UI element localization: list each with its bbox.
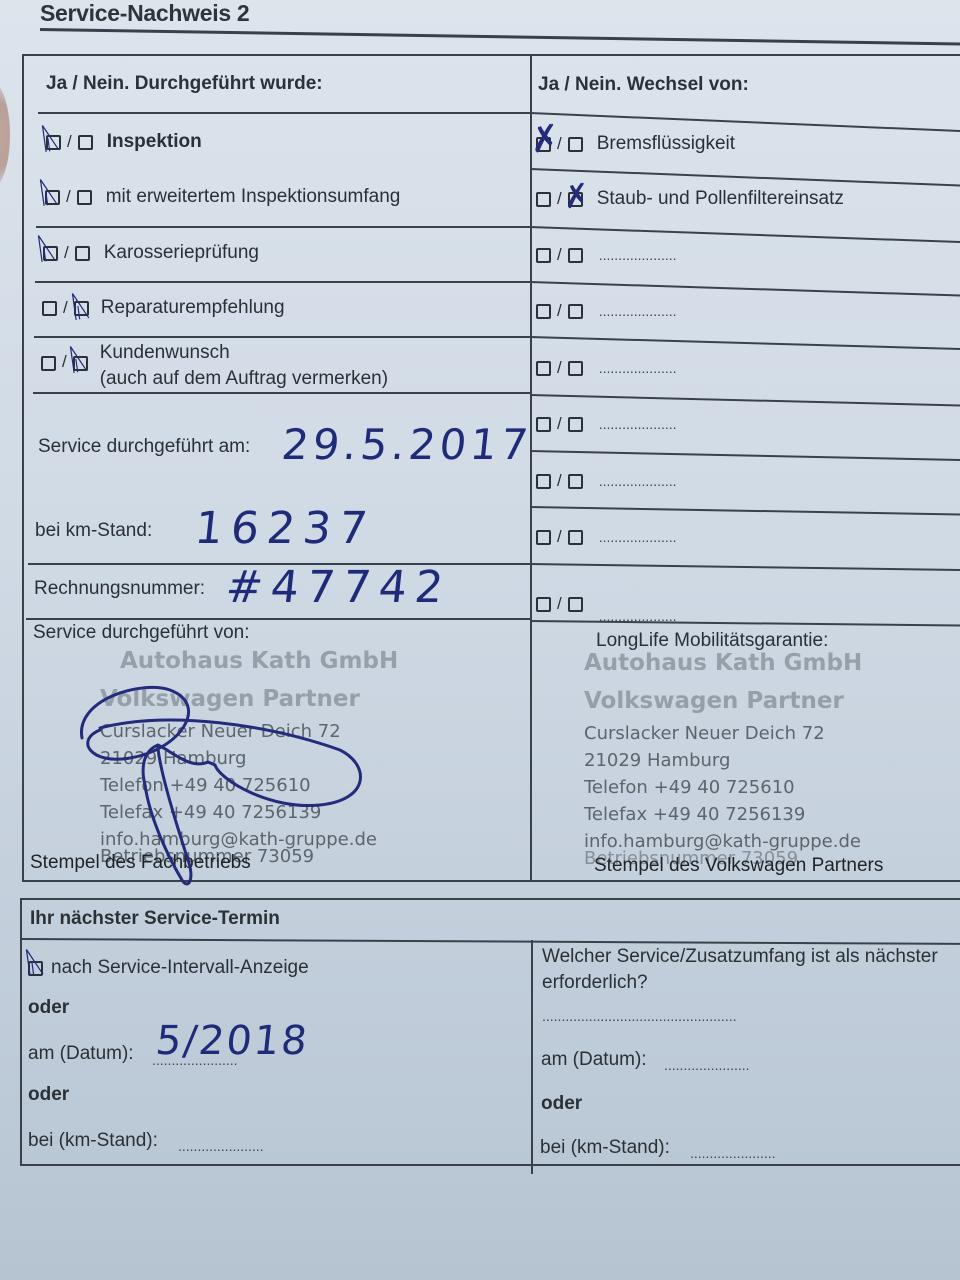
replaced-header: Ja / Nein. Wechsel von:: [538, 74, 749, 96]
item-label: Inspektion: [107, 131, 202, 153]
nein-checkbox[interactable]: [75, 246, 90, 261]
next-km-label: bei (km-Stand):: [28, 1130, 158, 1152]
performed-header: Ja / Nein. Durchgeführt wurde:: [46, 73, 323, 95]
title-rule: [40, 28, 960, 46]
stamp-fax: Telefax +49 40 7256139: [584, 801, 862, 828]
row-rule: [34, 336, 532, 338]
replaced-item-bremsfluessigkeit: / Bremsflüssigkeit: [536, 133, 735, 155]
item-label: Bremsflüssigkeit: [597, 133, 735, 155]
replaced-item-blank: / ....................: [536, 301, 677, 321]
stamp-company: Autohaus Kath GmbH: [584, 644, 862, 682]
item-label: Staub- und Pollenfiltereinsatz: [597, 188, 844, 210]
row-rule: [36, 226, 532, 228]
replaced-item-blank: / ....................: [536, 358, 677, 378]
km-value[interactable]: 16237: [192, 503, 377, 554]
ja-checkbox[interactable]: [536, 530, 551, 545]
nein-checkbox[interactable]: [77, 190, 92, 205]
nein-checkbox[interactable]: [568, 248, 583, 263]
nein-checkbox[interactable]: [568, 530, 583, 545]
or-label: oder: [28, 997, 69, 1019]
blank-line[interactable]: ....................: [599, 416, 677, 432]
ja-checkbox[interactable]: [536, 304, 551, 319]
right-date-line[interactable]: ......................: [664, 1057, 750, 1073]
replaced-item-blank: / ....................: [536, 245, 677, 265]
row-rule: [35, 281, 532, 283]
ja-checkbox[interactable]: [536, 597, 551, 612]
right-km-label: bei (km-Stand):: [540, 1137, 670, 1159]
stamp-footer-right: Stempel des Volkswagen Partners: [594, 855, 883, 877]
nein-checkbox[interactable]: [568, 417, 583, 432]
dealer-stamp-right: Autohaus Kath GmbH Volkswagen Partner Cu…: [584, 644, 862, 872]
performed-item-kundenwunsch: / Kundenwunsch (auch auf dem Auftrag ver…: [41, 352, 388, 392]
blank-line[interactable]: ....................: [599, 529, 677, 545]
interval-label: nach Service-Intervall-Anzeige: [51, 957, 309, 979]
performed-item-inspektion: / Inspektion: [46, 131, 202, 153]
interval-option: nach Service-Intervall-Anzeige: [28, 957, 309, 979]
blank-line[interactable]: ....................: [599, 473, 677, 489]
nein-checkbox[interactable]: [568, 474, 583, 489]
column-divider: [530, 56, 532, 882]
or-label: oder: [541, 1093, 582, 1115]
replaced-item-blank: / ....................: [536, 584, 677, 624]
next-date-label: am (Datum):: [28, 1043, 134, 1065]
item-label: Kundenwunsch: [100, 340, 388, 366]
right-km-line[interactable]: ......................: [690, 1145, 776, 1161]
right-date-label: am (Datum):: [541, 1049, 647, 1071]
ja-checkbox[interactable]: [41, 356, 56, 371]
performed-by-label: Service durchgeführt von:: [33, 622, 250, 644]
column-divider: [531, 940, 533, 1174]
ja-checkbox[interactable]: [536, 417, 551, 432]
performed-item-karosserie: / Karosserieprüfung: [43, 242, 259, 264]
replaced-item-blank: / ....................: [536, 414, 677, 434]
or-label: oder: [28, 1084, 69, 1106]
invoice-label: Rechnungsnummer:: [34, 578, 205, 600]
ja-checkbox[interactable]: [42, 301, 57, 316]
ja-checkbox[interactable]: [536, 474, 551, 489]
page-title: Service-Nachweis 2: [40, 0, 249, 27]
ja-checkbox[interactable]: [536, 192, 551, 207]
stamp-partner: Volkswagen Partner: [584, 682, 862, 720]
blank-line[interactable]: ....................: [599, 247, 677, 263]
item-label: Reparaturempfehlung: [101, 297, 285, 319]
blank-line[interactable]: ....................: [599, 303, 677, 319]
item-sublabel: (auch auf dem Auftrag vermerken): [100, 366, 388, 392]
row-rule: [38, 112, 532, 114]
nein-checkbox[interactable]: [568, 597, 583, 612]
service-date-value[interactable]: 29.5.2017: [279, 420, 534, 469]
stamp-phone: Telefon +49 40 725610: [584, 774, 862, 801]
blank-line[interactable]: ....................: [599, 360, 677, 376]
ja-checkbox[interactable]: [536, 248, 551, 263]
service-date-label: Service durchgeführt am:: [38, 436, 250, 458]
nein-checkbox[interactable]: [568, 137, 583, 152]
invoice-value[interactable]: #47742: [223, 562, 453, 613]
next-service-question: Welcher Service/Zusatzumfang ist als näc…: [542, 944, 952, 996]
performed-item-erweitert: / mit erweitertem Inspektionsumfang: [45, 186, 400, 208]
stamp-street: Curslacker Neuer Deich 72: [584, 720, 862, 747]
item-label: Karosserieprüfung: [104, 242, 259, 264]
nein-checkbox[interactable]: [78, 135, 93, 150]
signature-icon: [70, 670, 380, 890]
next-km-line[interactable]: ......................: [178, 1138, 264, 1154]
replaced-item-blank: / ....................: [536, 471, 677, 491]
stamp-city: 21029 Hamburg: [584, 747, 862, 774]
item-label: mit erweitertem Inspektionsumfang: [106, 186, 401, 208]
ja-checkbox[interactable]: [536, 361, 551, 376]
finger-shadow: [0, 80, 10, 190]
cross-mark-icon: ✗: [561, 178, 592, 213]
next-service-header: Ihr nächster Service-Termin: [30, 908, 280, 930]
cross-mark-icon: ✗: [528, 120, 563, 160]
row-rule: [26, 618, 532, 620]
next-date-value[interactable]: 5/2018: [154, 1018, 312, 1064]
blank-line[interactable]: ....................: [599, 608, 677, 624]
km-label: bei km-Stand:: [35, 520, 152, 542]
row-rule: [33, 392, 532, 394]
nein-checkbox[interactable]: [568, 304, 583, 319]
replaced-item-blank: / ....................: [536, 527, 677, 547]
next-service-scope-line[interactable]: ........................................…: [542, 1008, 736, 1024]
nein-checkbox[interactable]: [568, 361, 583, 376]
